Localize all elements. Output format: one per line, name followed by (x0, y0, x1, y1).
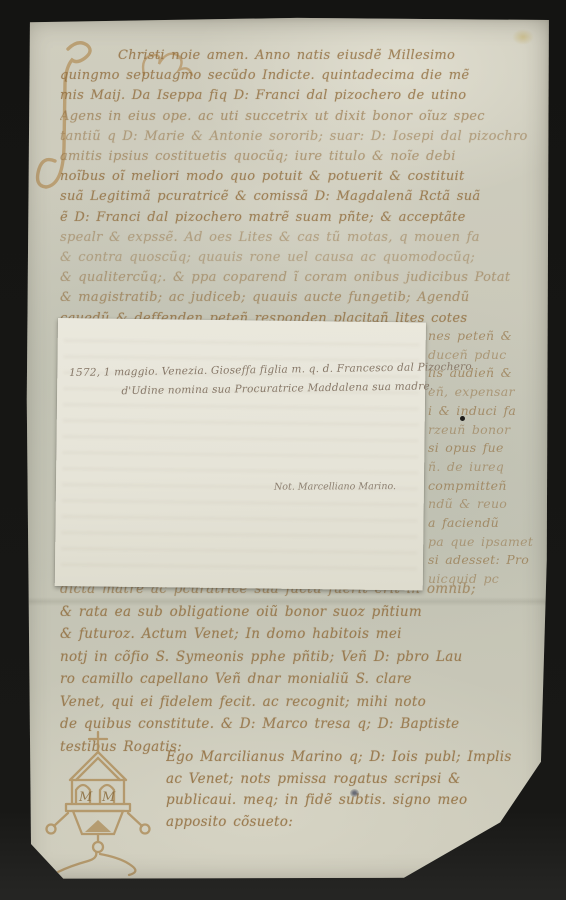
sign-flourish-left (53, 852, 96, 878)
manuscript-line: eñ, expensar (428, 383, 550, 402)
manuscript-line: Ego Marcilianus Marino q; D: Iois publ; … (166, 747, 522, 769)
manuscript-line: ac Venet; nots pmissa rogatus scripsi & (166, 769, 522, 791)
manuscript-line: Venet, qui ei fidelem fecit. ac recognit… (60, 691, 548, 714)
sign-monogram-left: M (78, 790, 93, 805)
manuscript-line: pa que ipsamet (428, 533, 550, 552)
manuscript-line: & magistratib; ac judiceb; quauis aucte … (60, 288, 546, 308)
sign-roof (70, 752, 126, 780)
manuscript-line: Agens in eius ope. ac uti succetrix ut d… (60, 107, 546, 127)
manuscript-line: ñ. de iureq (428, 458, 550, 477)
manuscript-line: spealr & expssẽ. Ad oes Lites & cas tũ m… (60, 228, 546, 248)
manuscript-line: Christi noie amen. Anno natis eiusdẽ Mil… (60, 46, 546, 66)
fold-crease (22, 597, 551, 606)
manuscript-upper-text: Christi noie amen. Anno natis eiusdẽ Mil… (60, 46, 546, 329)
manuscript-line: amitis ipsius costituetis quocũq; iure t… (60, 147, 546, 167)
sign-cross (89, 732, 107, 752)
sign-monogram-right: M (101, 790, 116, 805)
slip-annotation: 1572, 1 maggio. Venezia. Gioseffa figlia… (69, 362, 419, 398)
manuscript-line: tantiũ q D: Marie & Antonie sororib; sua… (60, 127, 546, 147)
manuscript-line: si adesset: Pro (428, 551, 550, 570)
manuscript-line: & contra quoscũq; quauis rone uel causa … (60, 248, 546, 268)
manuscript-line: publicaui. meq; in fidẽ subtis. signo me… (166, 790, 522, 812)
manuscript-line: nes peteñ & (428, 327, 550, 346)
archival-slip: 1572, 1 maggio. Venezia. Gioseffa figlia… (55, 318, 426, 590)
parchment-stain (512, 29, 534, 45)
parchment-document: Christi noie amen. Anno natis eiusdẽ Mil… (22, 17, 551, 883)
manuscript-line: quingmo septuagmo secũdo Indicte. quinta… (60, 66, 546, 86)
wormhole-dot (460, 416, 465, 421)
manuscript-line: mis Maij. Da Iseppa fiq D: Franci dal pi… (60, 86, 546, 106)
sign-flourish-right (100, 854, 135, 875)
notary-sign: M M (42, 730, 156, 878)
scan-background: Christi noie amen. Anno natis eiusdẽ Mil… (0, 0, 566, 900)
manuscript-line: si opus fue (428, 439, 550, 458)
manuscript-line: & futuroz. Actum Venet; In domo habitois… (60, 623, 548, 646)
manuscript-line: ro camillo capellano Veñ dnar monialiũ S… (60, 668, 548, 691)
manuscript-line: suã Legitimã pcuratricẽ & comissã D: Mag… (60, 187, 546, 207)
manuscript-line: ẽ D: Franci dal pizochero matrẽ suam pñt… (60, 208, 546, 228)
manuscript-line: compmitteñ (428, 477, 550, 496)
ink-blot (350, 789, 359, 797)
manuscript-line: apposito cõsueto: (166, 812, 522, 834)
manuscript-line: ndũ & reuo (428, 495, 550, 514)
manuscript-line: noĩbus oĩ meliori modo quo potuit & potu… (60, 167, 546, 187)
manuscript-line: notj in cõfio S. Symeonis pphe pñtib; Ve… (60, 646, 548, 669)
manuscript-line: i & induci fa (428, 402, 550, 421)
slip-notary-note: Not. Marcelliano Marino. (274, 481, 396, 493)
manuscript-line: a faciendũ (428, 514, 550, 533)
manuscript-line: & qualitercũq;. & ppa coparend ĩ coram o… (60, 268, 546, 288)
notary-subscription-text: Ego Marcilianus Marino q; D: Iois publ; … (166, 747, 522, 833)
manuscript-line: rzeuñ bonor (428, 421, 550, 440)
